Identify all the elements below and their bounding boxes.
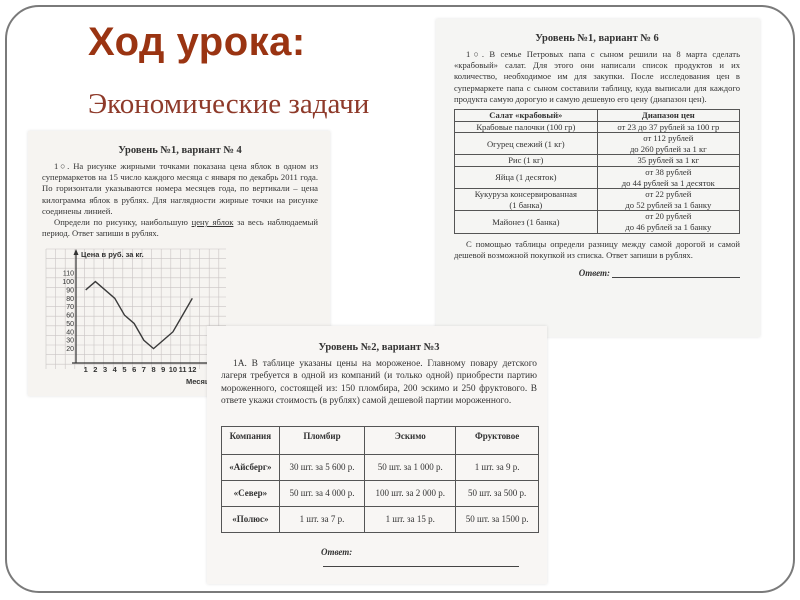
table-row: Рис (1 кг)35 рублей за 1 кг — [455, 155, 740, 167]
table-cell: 50 шт. за 1 000 р. — [365, 454, 456, 480]
table-cell: 30 шт. за 5 600 р. — [279, 454, 365, 480]
svg-text:80: 80 — [66, 296, 74, 303]
svg-text:10: 10 — [169, 365, 177, 374]
column-header: Компания — [222, 426, 280, 454]
svg-text:7: 7 — [142, 365, 146, 374]
svg-text:110: 110 — [63, 271, 74, 278]
svg-text:30: 30 — [66, 338, 74, 345]
table-row: Майонез (1 банка)от 20 рублейдо 46 рубле… — [455, 211, 740, 233]
task-text: 1А. В таблице указаны цены на мороженое.… — [221, 358, 537, 408]
line-chart: Цена в руб. за кг.2030405060708090100110… — [42, 245, 232, 385]
svg-text:Цена в руб. за кг.: Цена в руб. за кг. — [81, 250, 144, 259]
column-header: Пломбир — [279, 426, 365, 454]
table-row: Яйца (1 десяток)от 38 рублейдо 44 рублей… — [455, 166, 740, 188]
slide-title: Ход урока: — [88, 20, 306, 65]
task-text: 1○. В семье Петровых папа с сыном решили… — [454, 49, 740, 105]
table-cell: 1 шт. за 9 р. — [456, 454, 539, 480]
svg-text:50: 50 — [66, 321, 74, 328]
answer-field: Ответ: — [221, 547, 537, 567]
svg-text:4: 4 — [113, 365, 118, 374]
table-cell: Огурец свежий (1 кг) — [455, 133, 598, 155]
table-row: Кукуруза консервированная(1 банка)от 22 … — [455, 189, 740, 211]
table-cell: от 112 рублейдо 260 рублей за 1 кг — [597, 133, 739, 155]
svg-text:3: 3 — [103, 365, 107, 374]
table-row: «Север»50 шт. за 4 000 р.100 шт. за 2 00… — [222, 480, 539, 506]
table-cell: «Айсберг» — [222, 454, 280, 480]
column-header: Диапазон цен — [597, 110, 739, 122]
svg-text:6: 6 — [132, 365, 136, 374]
worksheet-heading: Уровень №1, вариант № 4 — [42, 145, 318, 156]
table-cell: от 22 рублейдо 52 рублей за 1 банку — [597, 189, 739, 211]
svg-text:5: 5 — [122, 365, 126, 374]
table-cell: 1 шт. за 7 р. — [279, 506, 365, 532]
svg-text:8: 8 — [151, 365, 155, 374]
table-cell: 50 шт. за 1500 р. — [456, 506, 539, 532]
table-row: «Полюс»1 шт. за 7 р.1 шт. за 15 р.50 шт.… — [222, 506, 539, 532]
table-cell: Майонез (1 банка) — [455, 211, 598, 233]
svg-text:40: 40 — [66, 330, 74, 337]
svg-text:20: 20 — [66, 347, 74, 354]
column-header: Эскимо — [365, 426, 456, 454]
table-row: «Айсберг»30 шт. за 5 600 р.50 шт. за 1 0… — [222, 454, 539, 480]
answer-blank — [612, 277, 740, 278]
table-cell: Яйца (1 десяток) — [455, 166, 598, 188]
answer-field: Ответ: — [454, 268, 740, 278]
table-cell: от 20 рублейдо 46 рублей за 1 банку — [597, 211, 739, 233]
svg-text:60: 60 — [66, 313, 74, 320]
svg-text:12: 12 — [188, 365, 196, 374]
table-cell: 50 шт. за 4 000 р. — [279, 480, 365, 506]
svg-text:100: 100 — [62, 279, 74, 286]
table-row: Крабовые палочки (100 гр)от 23 до 37 руб… — [455, 121, 740, 133]
worksheet-level1-variant6: Уровень №1, вариант № 6 1○. В семье Петр… — [436, 19, 760, 337]
question-text: С помощью таблицы определи разницу между… — [454, 239, 740, 261]
table-cell: «Полюс» — [222, 506, 280, 532]
svg-text:11: 11 — [179, 365, 187, 374]
task-text: 1○. На рисунке жирными точками показана … — [42, 161, 318, 217]
svg-text:90: 90 — [66, 288, 74, 295]
table-cell: 35 рублей за 1 кг — [597, 155, 739, 167]
answer-label: Ответ: — [579, 268, 610, 278]
table-cell: Кукуруза консервированная(1 банка) — [455, 189, 598, 211]
underlined-phrase: цену яблок — [192, 217, 234, 227]
apple-price-chart: Цена в руб. за кг.2030405060708090100110… — [42, 245, 232, 385]
table-cell: 50 шт. за 500 р. — [456, 480, 539, 506]
column-header: Фруктовое — [456, 426, 539, 454]
worksheet-heading: Уровень №2, вариант №3 — [221, 342, 537, 353]
answer-blank — [323, 566, 519, 567]
table-cell: Рис (1 кг) — [455, 155, 598, 167]
table-cell: 1 шт. за 15 р. — [365, 506, 456, 532]
table-cell: от 23 до 37 рублей за 100 гр — [597, 121, 739, 133]
table-cell: 100 шт. за 2 000 р. — [365, 480, 456, 506]
worksheet-heading: Уровень №1, вариант № 6 — [454, 33, 740, 44]
price-range-table: Салат «крабовый»Диапазон цен Крабовые па… — [454, 109, 740, 234]
svg-text:1: 1 — [84, 365, 88, 374]
table-cell: от 38 рублейдо 44 рублей за 1 десяток — [597, 166, 739, 188]
answer-label: Ответ: — [321, 547, 352, 557]
svg-text:9: 9 — [161, 365, 165, 374]
column-header: Салат «крабовый» — [455, 110, 598, 122]
svg-text:2: 2 — [93, 365, 97, 374]
slide-subtitle: Экономические задачи — [88, 88, 369, 121]
ice-cream-price-table: КомпанияПломбирЭскимоФруктовое «Айсберг»… — [221, 426, 539, 533]
table-row: Огурец свежий (1 кг)от 112 рублейдо 260 … — [455, 133, 740, 155]
worksheet-level2-variant3: Уровень №2, вариант №3 1А. В таблице ука… — [207, 326, 547, 584]
question-text: Определи по рисунку, наибольшую цену ябл… — [42, 217, 318, 239]
svg-text:70: 70 — [66, 305, 74, 312]
table-cell: Крабовые палочки (100 гр) — [455, 121, 598, 133]
table-cell: «Север» — [222, 480, 280, 506]
